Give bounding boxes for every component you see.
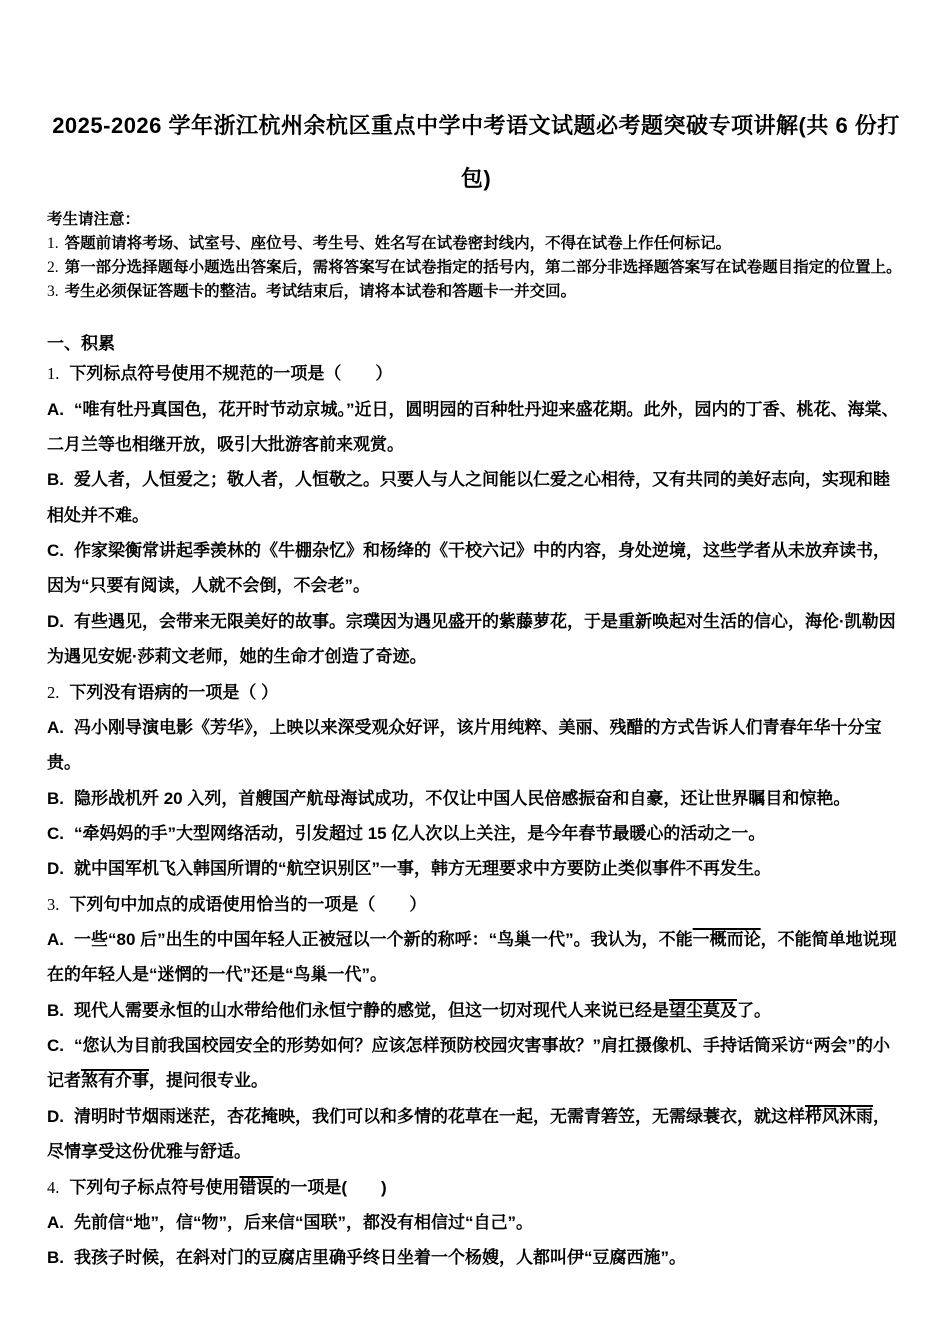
option-text: 冯小刚导演电影《芳华》，上映以来深受观众好评，该片用纯粹、美丽、残醋的方式告诉人… [47, 718, 882, 772]
option-label: B. [47, 1001, 64, 1020]
option-text: 清明时节烟雨迷茫，杏花掩映，我们可以和多情的花草在一起，无需青箬笠，无需绿蓑衣，… [47, 1107, 890, 1161]
option-text: 就中国军机飞入韩国所谓的“航空识别区”一事，韩方无理要求中方要防止类似事件不再发… [74, 859, 771, 878]
option-label: A. [47, 1213, 64, 1232]
text-segment: 下列没有语病的一项是（ ） [69, 683, 278, 702]
option-text: 我孩子时候，在斜对门的豆腐店里确乎终日坐着一个杨嫂，人都叫伊“豆腐西施”。 [74, 1248, 686, 1267]
question-stem: 3.下列句中加点的成语使用恰当的一项是（ ） [47, 887, 905, 922]
option-text: 作家梁衡常讲起季羡林的《牛棚杂忆》和杨绛的《干校六记》中的内容，身处逆境，这些学… [47, 541, 890, 595]
option-text: “您认为目前我国校园安全的形势如何？应该怎样预防校园灾害事故？”肩扛摄像机、手持… [47, 1036, 890, 1090]
exam-document-page: 2025-2026 学年浙江杭州余杭区重点中学中考语文试题必考题突破专项讲解(共… [0, 0, 950, 1344]
emphasis-marked-text: 望尘莫及 [669, 1001, 737, 1020]
text-segment: 冯小刚导演电影《芳华》，上映以来深受观众好评，该片用纯粹、美丽、残醋的方式告诉人… [47, 718, 882, 772]
option-label: A. [47, 400, 64, 419]
option-text: “牵妈妈的手”大型网络活动，引发超过 15 亿人次以上关注，是今年春节最暖心的活… [74, 824, 765, 843]
emphasis-marked-text: 错误 [239, 1178, 273, 1197]
text-segment: 了。 [737, 1001, 771, 1020]
answer-option: A.先前信“地”，信“物”，后来信“国联”，都没有相信过“自己”。 [47, 1205, 905, 1240]
option-label: B. [47, 789, 64, 808]
text-segment: 隐形战机歼 20 入列，首艘国产航母海试成功，不仅让中国人民倍感振奋和自豪，还让… [74, 789, 850, 808]
answer-option: C.“牵妈妈的手”大型网络活动，引发超过 15 亿人次以上关注，是今年春节最暖心… [47, 816, 905, 851]
answer-option: D.清明时节烟雨迷茫，杏花掩映，我们可以和多情的花草在一起，无需青箬笠，无需绿蓑… [47, 1099, 905, 1170]
question-stem: 4.下列句子标点符号使用错误的一项是( ) [47, 1170, 905, 1205]
option-text: 有些遇见，会带来无限美好的故事。宗璞因为遇见盛开的紫藤萝花，于是重新唤起对生活的… [47, 612, 896, 666]
answer-option: B.现代人需要永恒的山水带给他们永恒宁静的感觉，但这一切对现代人来说已经是望尘莫… [47, 993, 905, 1028]
text-segment: ，提问很专业。 [149, 1071, 268, 1090]
text-segment: 下列句中加点的成语使用恰当的一项是（ ） [69, 895, 426, 914]
notice-item: 3.考生必须保证答题卡的整洁。考试结束后，请将本试卷和答题卡一并交回。 [47, 280, 905, 304]
option-text: 现代人需要永恒的山水带给他们永恒宁静的感觉，但这一切对现代人来说已经是望尘莫及了… [74, 1001, 771, 1020]
answer-option: A.一些“80 后”出生的中国年轻人正被冠以一个新的称呼：“鸟巢一代”。我认为，… [47, 922, 905, 993]
notice-item: 2.第一部分选择题每小题选出答案后，需将答案写在试卷指定的括号内，第二部分非选择… [47, 256, 905, 280]
text-segment: 就中国军机飞入韩国所谓的“航空识别区”一事，韩方无理要求中方要防止类似事件不再发… [74, 859, 771, 878]
option-text: 爱人者，人恒爱之；敬人者，人恒敬之。只要人与人之间能以仁爱之心相待，又有共同的美… [47, 470, 890, 524]
option-label: B. [47, 1248, 64, 1267]
notice-item-number: 2. [47, 259, 59, 276]
answer-option: B.爱人者，人恒爱之；敬人者，人恒敬之。只要人与人之间能以仁爱之心相待，又有共同… [47, 462, 905, 533]
text-segment: 清明时节烟雨迷茫，杏花掩映，我们可以和多情的花草在一起，无需青箬笠，无需绿蓑衣，… [74, 1107, 805, 1126]
notice-item-text: 答题前请将考场、试室号、座位号、考生号、姓名写在试卷密封线内，不得在试卷上作任何… [65, 235, 732, 252]
question-number: 2. [47, 683, 59, 702]
question-stem-text: 下列标点符号使用不规范的一项是（ ） [69, 364, 392, 383]
text-segment: 下列句子标点符号使用 [69, 1178, 239, 1197]
answer-option: C.作家梁衡常讲起季羡林的《牛棚杂忆》和杨绛的《干校六记》中的内容，身处逆境，这… [47, 533, 905, 604]
option-label: B. [47, 470, 64, 489]
notice-item-number: 3. [47, 283, 59, 300]
question-number: 1. [47, 364, 59, 383]
option-label: D. [47, 612, 64, 631]
emphasis-marked-text: 栉风沐雨 [805, 1107, 873, 1126]
text-segment: 作家梁衡常讲起季羡林的《牛棚杂忆》和杨绛的《干校六记》中的内容，身处逆境，这些学… [47, 541, 890, 595]
emphasis-marked-text: 一概而论 [693, 930, 761, 949]
page-title: 2025-2026 学年浙江杭州余杭区重点中学中考语文试题必考题突破专项讲解(共… [47, 100, 905, 206]
text-segment: “牵妈妈的手”大型网络活动，引发超过 15 亿人次以上关注，是今年春节最暖心的活… [74, 824, 765, 843]
notice-heading: 考生请注意： [47, 208, 905, 232]
notice-section: 考生请注意： 1.答题前请将考场、试室号、座位号、考生号、姓名写在试卷密封线内，… [47, 208, 905, 304]
question-stem: 2.下列没有语病的一项是（ ） [47, 675, 905, 710]
section-heading: 一、积累 [47, 332, 905, 357]
question-stem: 1.下列标点符号使用不规范的一项是（ ） [47, 356, 905, 391]
option-label: C. [47, 541, 64, 560]
answer-option: B.隐形战机歼 20 入列，首艘国产航母海试成功，不仅让中国人民倍感振奋和自豪，… [47, 781, 905, 816]
option-label: D. [47, 859, 64, 878]
text-segment: 有些遇见，会带来无限美好的故事。宗璞因为遇见盛开的紫藤萝花，于是重新唤起对生活的… [47, 612, 896, 666]
answer-option: A.冯小刚导演电影《芳华》，上映以来深受观众好评，该片用纯粹、美丽、残醋的方式告… [47, 710, 905, 781]
emphasis-marked-text: 煞有介事 [81, 1071, 149, 1090]
option-label: D. [47, 1107, 64, 1126]
text-segment: 一些“80 后”出生的中国年轻人正被冠以一个新的称呼：“鸟巢一代”。我认为，不能 [74, 930, 693, 949]
questions-container: 1.下列标点符号使用不规范的一项是（ ）A.“唯有牡丹真国色，花开时节动京城。”… [47, 356, 905, 1275]
notice-item-number: 1. [47, 235, 59, 252]
answer-option: B.我孩子时候，在斜对门的豆腐店里确乎终日坐着一个杨嫂，人都叫伊“豆腐西施”。 [47, 1240, 905, 1275]
answer-option: D.有些遇见，会带来无限美好的故事。宗璞因为遇见盛开的紫藤萝花，于是重新唤起对生… [47, 604, 905, 675]
notice-item-text: 第一部分选择题每小题选出答案后，需将答案写在试卷指定的括号内，第二部分非选择题答… [65, 259, 902, 276]
notice-items: 1.答题前请将考场、试室号、座位号、考生号、姓名写在试卷密封线内，不得在试卷上作… [47, 232, 905, 304]
notice-item-text: 考生必须保证答题卡的整洁。考试结束后，请将本试卷和答题卡一并交回。 [65, 283, 577, 300]
question-number: 3. [47, 895, 59, 914]
text-segment: 先前信“地”，信“物”，后来信“国联”，都没有相信过“自己”。 [74, 1213, 533, 1232]
text-segment: 的一项是( ) [273, 1178, 386, 1197]
option-label: C. [47, 824, 64, 843]
answer-option: A.“唯有牡丹真国色，花开时节动京城。”近日，圆明园的百种牡丹迎来盛花期。此外，… [47, 392, 905, 463]
option-text: “唯有牡丹真国色，花开时节动京城。”近日，圆明园的百种牡丹迎来盛花期。此外，园内… [47, 400, 899, 454]
text-segment: 下列标点符号使用不规范的一项是（ ） [69, 364, 392, 383]
option-text: 先前信“地”，信“物”，后来信“国联”，都没有相信过“自己”。 [74, 1213, 533, 1232]
text-segment: “唯有牡丹真国色，花开时节动京城。”近日，圆明园的百种牡丹迎来盛花期。此外，园内… [47, 400, 899, 454]
question-number: 4. [47, 1178, 59, 1197]
text-segment: 现代人需要永恒的山水带给他们永恒宁静的感觉，但这一切对现代人来说已经是 [74, 1001, 669, 1020]
question-stem-text: 下列句子标点符号使用错误的一项是( ) [69, 1178, 386, 1197]
option-label: C. [47, 1036, 64, 1055]
option-label: A. [47, 930, 64, 949]
text-segment: 我孩子时候，在斜对门的豆腐店里确乎终日坐着一个杨嫂，人都叫伊“豆腐西施”。 [74, 1248, 686, 1267]
answer-option: C.“您认为目前我国校园安全的形势如何？应该怎样预防校园灾害事故？”肩扛摄像机、… [47, 1028, 905, 1099]
question-stem-text: 下列句中加点的成语使用恰当的一项是（ ） [69, 895, 426, 914]
option-label: A. [47, 718, 64, 737]
text-segment: 爱人者，人恒爱之；敬人者，人恒敬之。只要人与人之间能以仁爱之心相待，又有共同的美… [47, 470, 890, 524]
option-text: 一些“80 后”出生的中国年轻人正被冠以一个新的称呼：“鸟巢一代”。我认为，不能… [47, 930, 897, 984]
option-text: 隐形战机歼 20 入列，首艘国产航母海试成功，不仅让中国人民倍感振奋和自豪，还让… [74, 789, 850, 808]
answer-option: D.就中国军机飞入韩国所谓的“航空识别区”一事，韩方无理要求中方要防止类似事件不… [47, 851, 905, 886]
question-stem-text: 下列没有语病的一项是（ ） [69, 683, 278, 702]
notice-item: 1.答题前请将考场、试室号、座位号、考生号、姓名写在试卷密封线内，不得在试卷上作… [47, 232, 905, 256]
